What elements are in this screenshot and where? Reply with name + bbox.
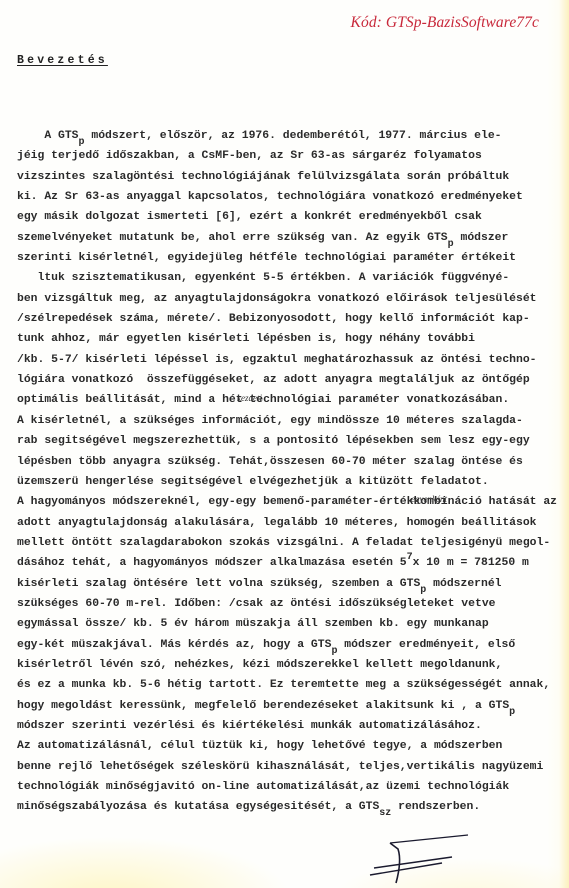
text-line: egy másik dolgozat ismerteti [6], ezért … <box>17 207 557 227</box>
text-line: Az automatizálásnál, célul tüztük ki, ho… <box>17 736 557 756</box>
text-line: és ez a munka kb. 5-6 hétig tartott. Ez … <box>17 675 557 695</box>
text-line: hogy megoldást keressünk, megfelelő bere… <box>17 696 557 716</box>
text-line: egy-két müszakjával. Más kérdés az, hogy… <box>17 635 557 655</box>
text-line: optimális beállitását, mind a hét techno… <box>17 390 557 410</box>
text-line: /kb. 5-7/ kisérleti lépéssel is, egzaktu… <box>17 350 557 370</box>
document-code-label: Kód: GTSp-BazisSoftware77c <box>351 14 539 32</box>
text-line: szerinti kisérletnél, egyidejüleg hétfél… <box>17 248 557 268</box>
text-line: minőségszabályozása és kutatása egységes… <box>17 797 557 817</box>
text-line: szemelvényeket mutatunk be, ahol erre sz… <box>17 228 557 248</box>
text-line: dásához tehát, a hagyományos módszer alk… <box>17 553 557 573</box>
text-line: vizszintes szalagöntési technológiájának… <box>17 167 557 187</box>
text-line: rab segitségével megszerezhettük, s a po… <box>17 431 557 451</box>
body-text: A GTSp módszert, először, az 1976. dedem… <box>17 126 557 818</box>
text-line: üzemszerü hengerlése segitségével elvége… <box>17 472 557 492</box>
text-line: ben vizsgáltuk meg, az anyagtulajdonságo… <box>17 289 557 309</box>
text-line: A GTSp módszert, először, az 1976. dedem… <box>17 126 557 146</box>
handwritten-annotation-kezdeti: kezdeti <box>237 393 262 403</box>
handwritten-annotation-egyenkent: egyenként <box>411 494 447 504</box>
text-line: ki. Az Sr 63-as anyaggal kapcsolatos, te… <box>17 187 557 207</box>
text-line: módszer szerinti vezérlési és kiértékelé… <box>17 716 557 736</box>
text-line: technológiák minőségjavitó on-line autom… <box>17 777 557 797</box>
text-line: szükséges 60-70 m-rel. Időben: /csak az … <box>17 594 557 614</box>
text-line: benne rejlő lehetőségek széleskörü kihas… <box>17 757 557 777</box>
text-line: kisérletről lévén szó, nehézkes, kézi mó… <box>17 655 557 675</box>
text-line: jéig terjedő időszakban, a CsMF-ben, az … <box>17 146 557 166</box>
text-line: ltuk szisztematikusan, egyenként 5-5 ért… <box>17 268 557 288</box>
text-line: A kisérletnél, a szükséges információt, … <box>17 411 557 431</box>
text-line: A hagyományos módszereknél, egy-egy beme… <box>17 492 557 512</box>
text-line: lépésben több anyagra szükség. Tehát,öss… <box>17 452 557 472</box>
section-heading: Bevezetés <box>17 54 108 67</box>
scanned-page: Kód: GTSp-BazisSoftware77c Bevezetés A G… <box>0 0 569 888</box>
text-line: adott anyagtulajdonság alakulására, lega… <box>17 513 557 533</box>
signature-icon <box>360 825 470 885</box>
text-line: lógiára vonatkozó összefüggéseket, az ad… <box>17 370 557 390</box>
text-line: egymással össze/ kb. 5 év három müszakja… <box>17 614 557 634</box>
text-line: tunk ahhoz, már egyetlen kisérleti lépés… <box>17 329 557 349</box>
text-line: kisérleti szalag öntésére lett volna szü… <box>17 574 557 594</box>
text-line: mellett öntött szalagdarabokon szokás vi… <box>17 533 557 553</box>
text-line: /szélrepedések száma, mérete/. Bebizonyo… <box>17 309 557 329</box>
